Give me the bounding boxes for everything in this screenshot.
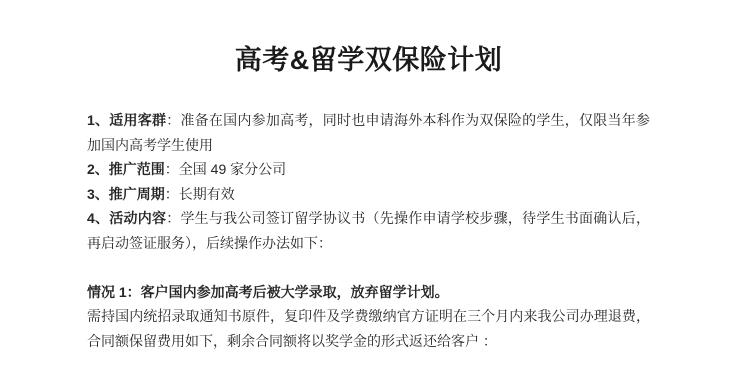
numbered-item-3-label: 3、推广周期 <box>87 186 165 202</box>
numbered-item-1-text: ：准备在国内参加高考，同时也申请海外本科作为双保险的学生，仅限当年参加国内高考学… <box>87 112 650 153</box>
numbered-item-4: 4、活动内容：学生与我公司签订留学协议书（先操作申请学校步骤，待学生书面确认后，… <box>87 206 650 255</box>
document-page: 高考&留学双保险计划 1、适用客群：准备在国内参加高考，同时也申请海外本科作为双… <box>0 0 737 370</box>
numbered-item-2-label: 2、推广范围 <box>87 161 165 177</box>
numbered-item-3: 3、推广周期：长期有效 <box>87 182 650 207</box>
case-1-body: 需持国内统招录取通知书原件，复印件及学费缴纳官方证明在三个月内来我公司办理退费，… <box>87 304 650 353</box>
numbered-item-1: 1、适用客群：准备在国内参加高考，同时也申请海外本科作为双保险的学生，仅限当年参… <box>87 108 650 157</box>
case-1-heading: 情况 1：客户国内参加高考后被大学录取，放弃留学计划。 <box>87 280 650 305</box>
document-body: 1、适用客群：准备在国内参加高考，同时也申请海外本科作为双保险的学生，仅限当年参… <box>87 108 650 353</box>
case-1-section: 情况 1：客户国内参加高考后被大学录取，放弃留学计划。 需持国内统招录取通知书原… <box>87 280 650 354</box>
numbered-item-2-text: ：全国 49 家分公司 <box>165 161 286 177</box>
numbered-item-3-text: ：长期有效 <box>165 186 235 202</box>
document-title: 高考&留学双保险计划 <box>0 0 737 78</box>
numbered-item-4-label: 4、活动内容 <box>87 210 166 226</box>
numbered-item-4-text: ：学生与我公司签订留学协议书（先操作申请学校步骤，待学生书面确认后，再启动签证服… <box>87 210 650 251</box>
numbered-item-2: 2、推广范围：全国 49 家分公司 <box>87 157 650 182</box>
numbered-item-1-label: 1、适用客群 <box>87 112 166 128</box>
